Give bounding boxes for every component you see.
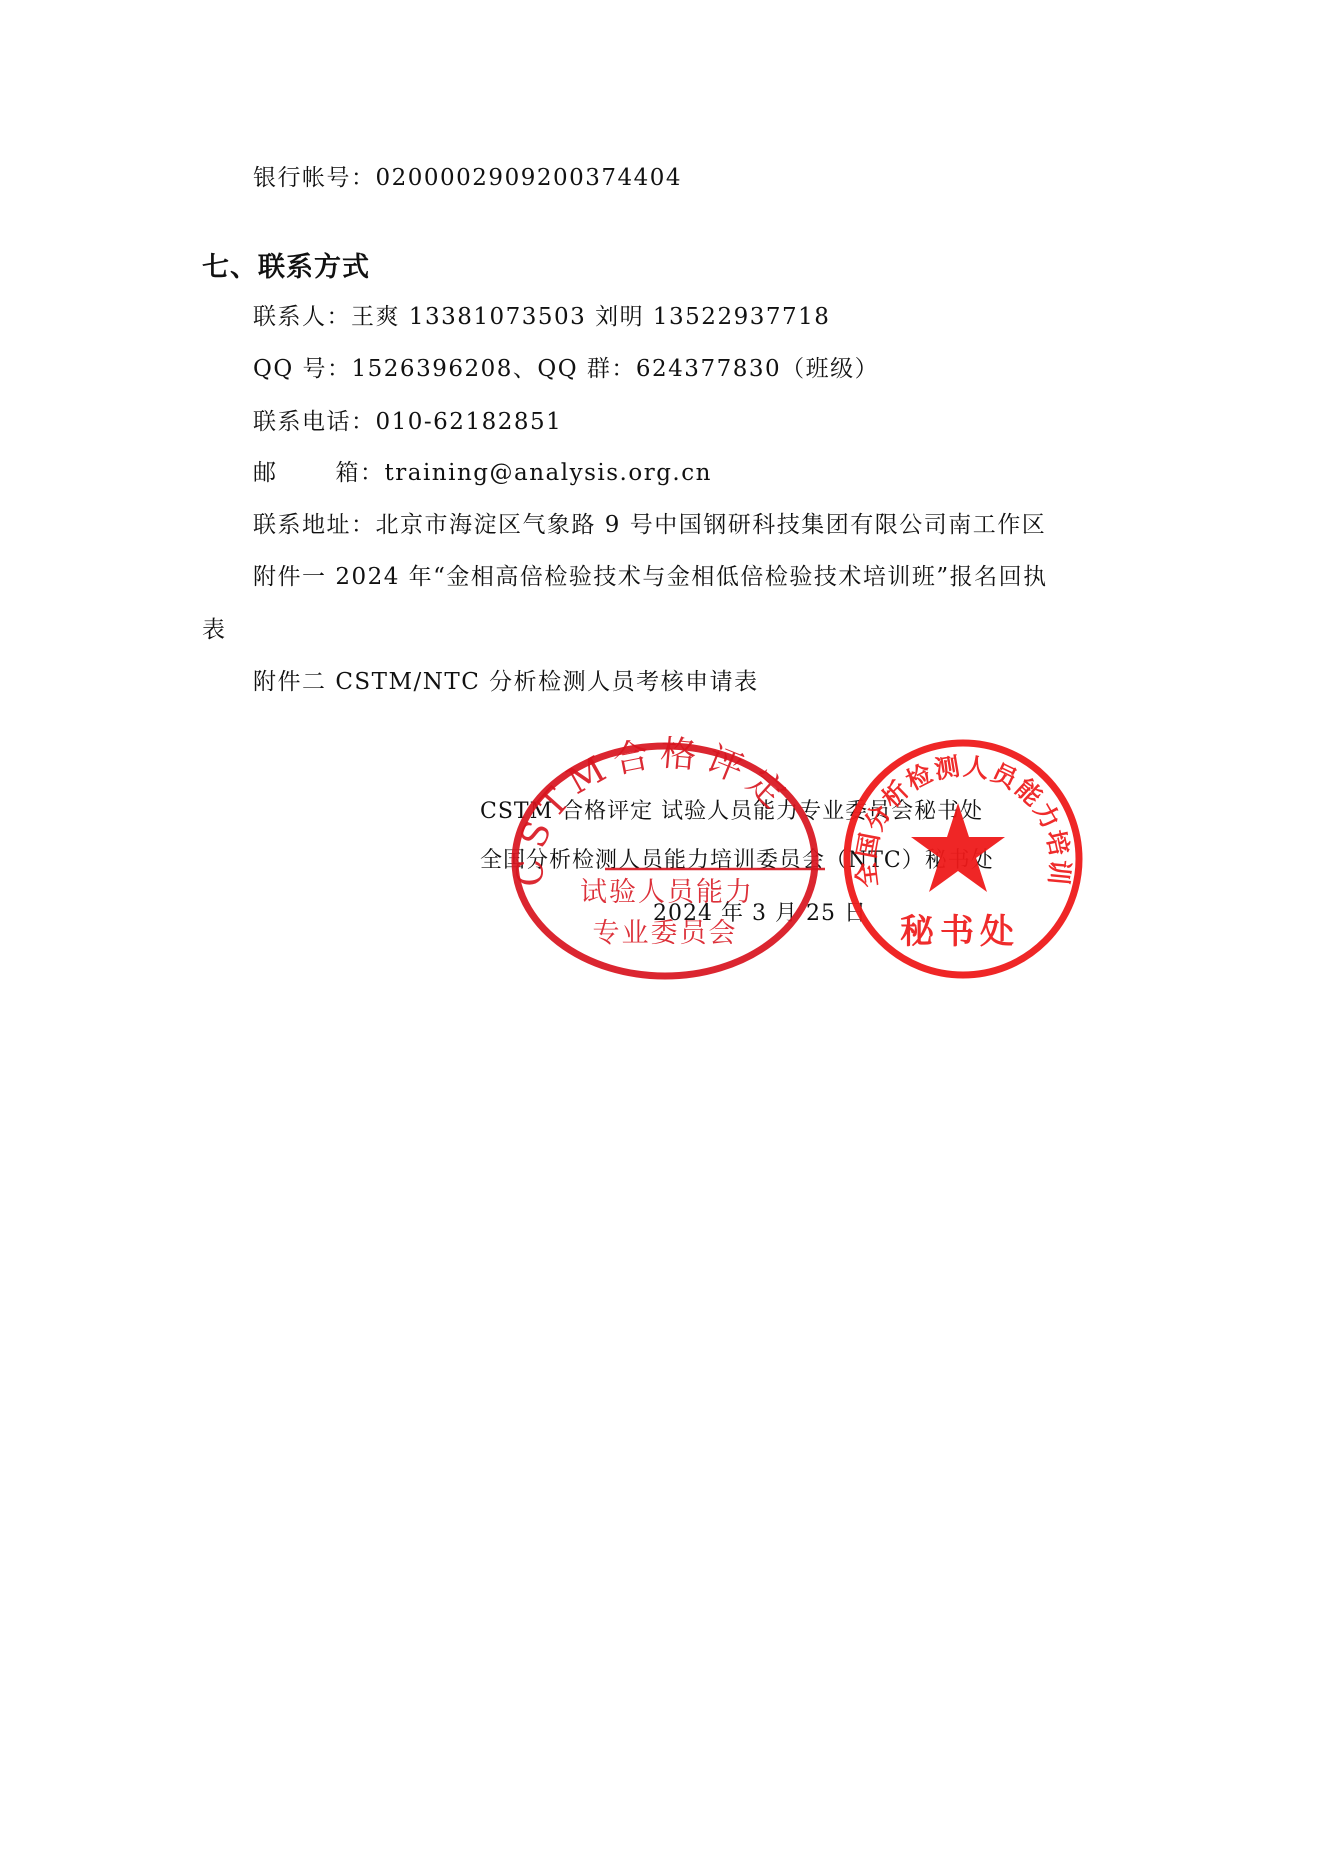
contact-persons-label: 联系人： [253, 304, 351, 330]
attachment-1-wrap: 表 [202, 616, 227, 644]
section-heading: 七、联系方式 [202, 252, 370, 284]
phone-number: 010-62182851 [376, 409, 563, 435]
bank-account-label: 银行帐号： [253, 165, 376, 191]
email-line: 邮箱：training@analysis.org.cn [253, 459, 712, 487]
bank-account-value: 0200002909200374404 [376, 165, 683, 191]
contact-name: 刘明 [595, 304, 644, 330]
section-title: 联系方式 [258, 252, 370, 283]
contact-persons-line: 联系人：王爽 13381073503 刘明 13522937718 [253, 303, 830, 331]
email-label-part1: 邮 [253, 460, 278, 486]
qq-label: QQ 号： [253, 356, 352, 382]
signature-org-2: 全国分析检测人员能力培训委员会（NTC）秘书处 [480, 848, 994, 874]
attachment-1-title: 2024 年“金相高倍检验技术与金相低倍检验技术培训班”报名回执 [335, 564, 1047, 590]
email-label-part2: 箱： [336, 460, 385, 486]
contact-name: 王爽 [351, 304, 400, 330]
attachment-2-line: 附件二 CSTM/NTC 分析检测人员考核申请表 [253, 668, 759, 696]
qq-line: QQ 号：1526396208、QQ 群：624377830（班级） [253, 355, 879, 383]
contact-phone: 13522937718 [653, 304, 830, 330]
stamp-inner-text: 秘书处 [900, 912, 1020, 952]
signature-date: 2024 年 3 月 25 日 [653, 901, 867, 927]
address-line: 联系地址：北京市海淀区气象路 9 号中国钢研科技集团有限公司南工作区 [253, 511, 1046, 539]
address-value: 北京市海淀区气象路 9 号中国钢研科技集团有限公司南工作区 [376, 512, 1047, 538]
email-address[interactable]: training@analysis.org.cn [385, 460, 712, 486]
signature-org-1: CSTM 合格评定 试验人员能力专业委员会秘书处 [480, 799, 983, 825]
phone-line: 联系电话：010-62182851 [253, 408, 562, 436]
attachment-2-label: 附件二 [253, 669, 327, 695]
qq-group-label: 、QQ 群： [513, 356, 636, 382]
section-number: 七、 [202, 252, 258, 283]
attachment-1-label: 附件一 [253, 564, 327, 590]
qq-number: 1526396208 [352, 356, 513, 382]
phone-label: 联系电话： [253, 409, 376, 435]
address-label: 联系地址： [253, 512, 376, 538]
bank-account-line: 银行帐号：0200002909200374404 [253, 164, 682, 192]
attachment-1-line: 附件一 2024 年“金相高倍检验技术与金相低倍检验技术培训班”报名回执 [253, 563, 1048, 591]
attachment-2-title: CSTM/NTC 分析检测人员考核申请表 [335, 669, 758, 695]
qq-group-number: 624377830（班级） [636, 356, 879, 382]
contact-phone: 13381073503 [409, 304, 586, 330]
